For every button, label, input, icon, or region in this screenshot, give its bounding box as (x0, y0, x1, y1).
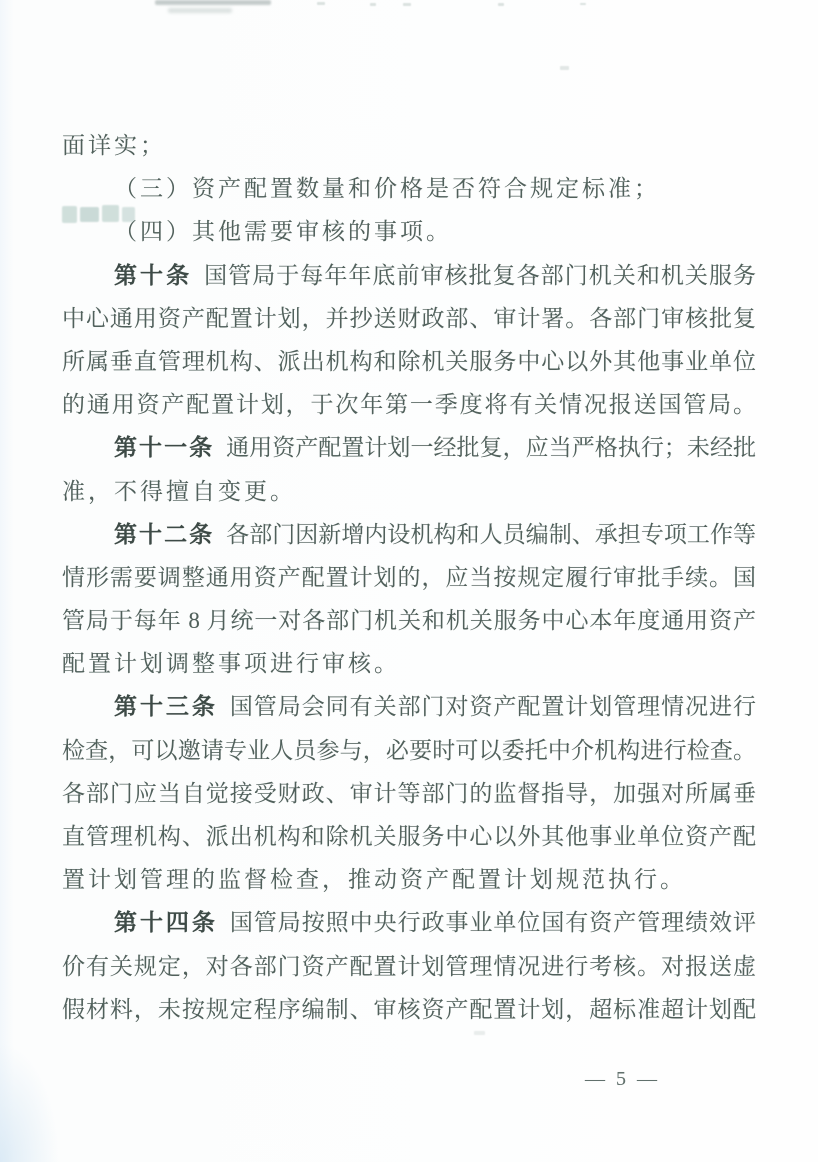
text-line: 直管理机构、派出机构和除机关服务中心以外其他事业单位资产配 (62, 815, 756, 858)
text-line: 第十三条国管局会同有关部门对资产配置计划管理情况进行 (62, 685, 756, 728)
text-line: 准，不得擅自变更。 (62, 470, 756, 513)
article-number: 第十条 (114, 263, 192, 288)
line-text: 通用资产配置计划一经批复，应当严格执行；未经批 (226, 435, 756, 460)
text-line: （四）其他需要审核的事项。 (62, 210, 756, 253)
text-line: 面详实； (62, 124, 756, 167)
article-number: 第十三条 (114, 694, 218, 719)
line-text: 国管局按照中央行政事业单位国有资产管理绩效评 (230, 910, 756, 935)
text-line: （三）资产配置数量和价格是否符合规定标准； (62, 167, 756, 210)
text-line: 情形需要调整通用资产配置计划的，应当按规定履行审批手续。国 (62, 556, 756, 599)
scan-speck (317, 2, 325, 5)
text-line: 所属垂直管理机构、派出机构和除机关服务中心以外其他事业单位 (62, 340, 756, 383)
text-line: 假材料，未按规定程序编制、审核资产配置计划，超标准超计划配 (62, 988, 756, 1031)
scan-smudge-top (155, 0, 271, 5)
text-line: 配置计划调整事项进行审核。 (62, 642, 756, 685)
document-page: 面详实； （三）资产配置数量和价格是否符合规定标准； （四）其他需要审核的事项。… (0, 0, 818, 1162)
line-text: 国管局会同有关部门对资产配置计划管理情况进行 (230, 694, 756, 719)
scan-speck (560, 66, 569, 70)
scan-speck (580, 3, 586, 5)
text-line: 第十条国管局于每年年底前审核批复各部门机关和机关服务 (62, 254, 756, 297)
text-line: 检查，可以邀请专业人员参与，必要时可以委托中介机构进行检查。 (62, 729, 756, 772)
line-text: 各部门因新增内设机构和人员编制、承担专项工作等 (226, 522, 756, 547)
text-line: 第十二条各部门因新增内设机构和人员编制、承担专项工作等 (62, 513, 756, 556)
text-line: 价有关规定，对各部门资产配置计划管理情况进行考核。对报送虚 (62, 945, 756, 988)
text-line: 的通用资产配置计划，于次年第一季度将有关情况报送国管局。 (62, 383, 756, 426)
scan-smudge-top-2 (168, 8, 232, 13)
article-number: 第十四条 (114, 910, 218, 935)
text-line: 管局于每年 8 月统一对各部门机关和机关服务中心本年度通用资产 (62, 599, 756, 642)
page-number: — 5 — (585, 1068, 660, 1091)
scan-speck (370, 3, 376, 6)
text-line: 各部门应当自觉接受财政、审计等部门的监督指导，加强对所属垂 (62, 772, 756, 815)
article-number: 第十二条 (114, 522, 214, 547)
article-number: 第十一条 (114, 435, 214, 460)
document-body: 面详实； （三）资产配置数量和价格是否符合规定标准； （四）其他需要审核的事项。… (62, 124, 756, 1031)
scan-speck (403, 3, 411, 6)
line-text: 国管局于每年年底前审核批复各部门机关和机关服务 (204, 263, 756, 288)
scan-corner-tint (0, 1042, 60, 1162)
text-line: 第十一条通用资产配置计划一经批复，应当严格执行；未经批 (62, 426, 756, 469)
text-line: 中心通用资产配置计划，并抄送财政部、审计署。各部门审核批复 (62, 297, 756, 340)
scan-speck (498, 3, 504, 6)
text-line: 第十四条国管局按照中央行政事业单位国有资产管理绩效评 (62, 901, 756, 944)
text-line: 置计划管理的监督检查，推动资产配置计划规范执行。 (62, 858, 756, 901)
scan-speck (474, 1031, 485, 1035)
